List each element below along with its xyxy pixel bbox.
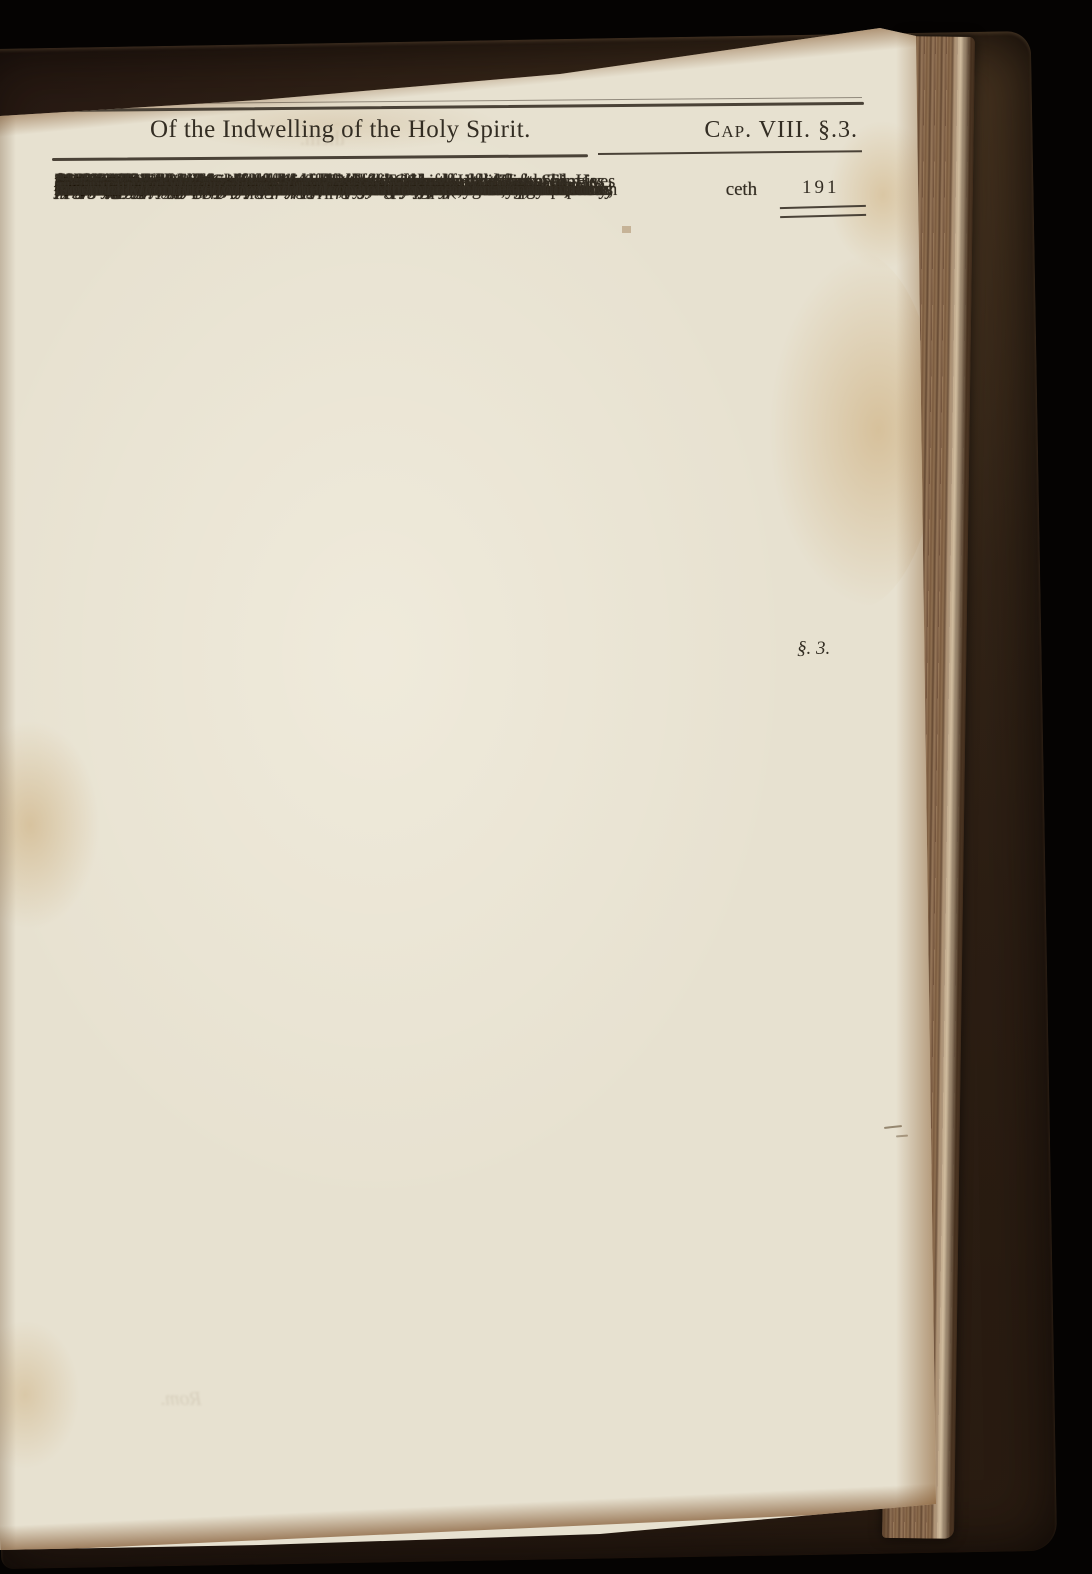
paper-speck (622, 226, 631, 233)
running-title: Of the Indwelling of the Holy Spirit. (150, 116, 531, 144)
chapter-heading: Cap. VIII. §.3. (704, 117, 864, 144)
show-through-text: Rom. (160, 1388, 202, 1411)
header-rule-bottom-right (598, 150, 862, 155)
page-number-rule (780, 205, 866, 218)
book-page: them. Rom. Of the Indwelling of the Holy… (0, 0, 940, 1560)
text-column: the ſame he moſt diſtinctly aſſerts Gal.… (55, 170, 785, 202)
running-head: Of the Indwelling of the Holy Spirit. Ca… (52, 116, 864, 144)
text-segment: is generally confeſſed to be (and the ſc… (55, 178, 498, 202)
section-margin-note: §. 3. (797, 638, 830, 660)
header-rule-bottom-left (52, 154, 588, 161)
page-number: 191 (802, 177, 840, 199)
book-photograph: them. Rom. Of the Indwelling of the Holy… (0, 0, 1092, 1574)
page-edge-shading-left (0, 100, 16, 1555)
